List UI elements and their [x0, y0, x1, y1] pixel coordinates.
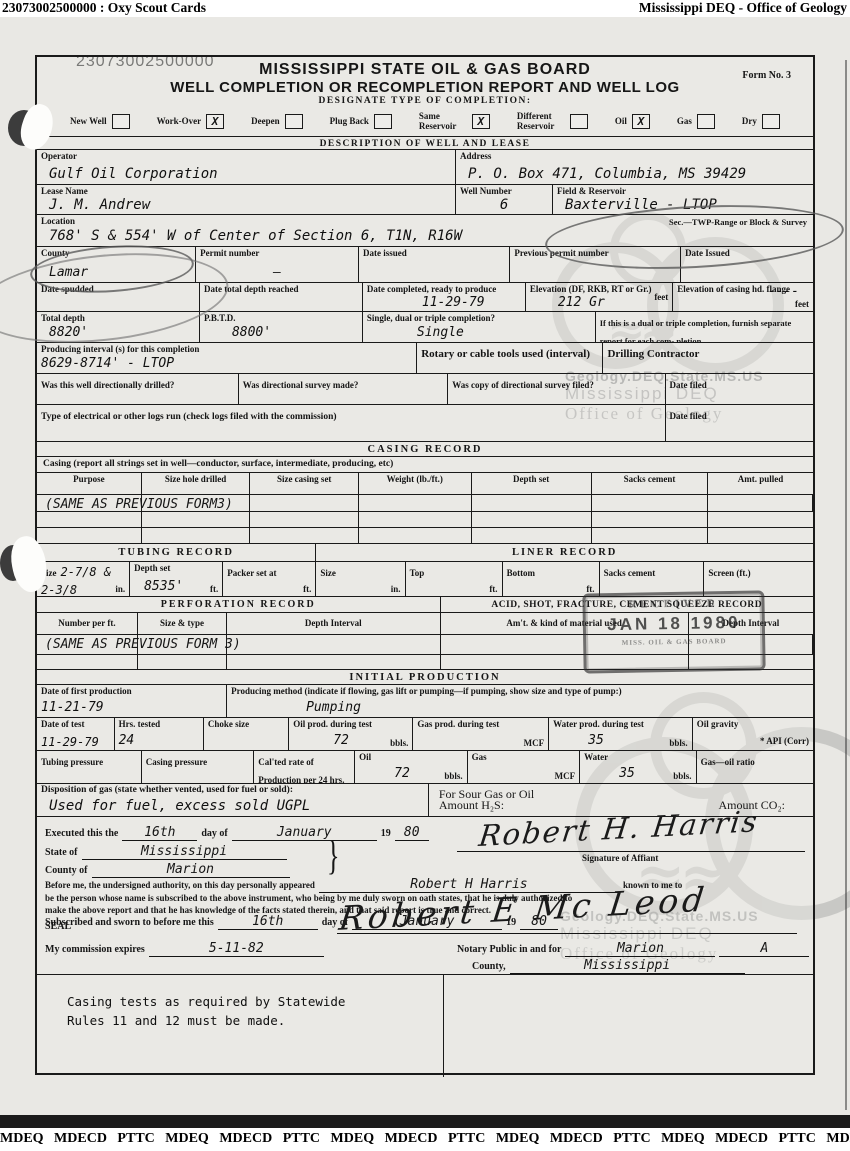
liner-record-title: LINER RECORD	[320, 547, 809, 558]
plugback-checkbox	[374, 114, 392, 129]
gas-oil-ratio-field: Gas—oil ratio	[697, 751, 813, 783]
date-spudded-field: Date spudded	[37, 283, 200, 311]
casing-h-holesize: Size hole drilled	[165, 474, 227, 485]
workover-checkbox: X	[206, 114, 224, 129]
notary-for-value: Marion	[565, 941, 715, 957]
seal-label: SEAL	[45, 920, 71, 933]
execution-block: Executed this the 16th day of January 19…	[37, 817, 813, 975]
liner-top-field: Top ft.	[406, 562, 503, 596]
amount-h2s-label: Amount H₂S:	[439, 798, 504, 813]
well-number-field: Well Number 6	[456, 185, 553, 214]
executed-label: Executed this the	[45, 828, 118, 839]
signature-line	[457, 851, 805, 852]
drilling-contractor-field: Drilling Contractor	[603, 343, 813, 373]
signature-of-affiant-label: Signature of Affiant	[582, 853, 658, 865]
differentreservoir-checkbox	[570, 114, 588, 129]
scan-header-right: Mississippi DEQ - Office of Geology	[639, 0, 847, 16]
brace: }	[327, 832, 339, 880]
casing-h-pulled: Amt. pulled	[738, 474, 784, 485]
form-title-line1: MISSISSIPPI STATE OIL & GAS BOARD	[37, 57, 813, 79]
total-depth-field: Total depth 8820'	[37, 312, 200, 342]
logs-run-field: Type of electrical or other logs run (ch…	[37, 405, 666, 441]
deepen-checkbox	[285, 114, 303, 129]
notary-county-value: Mississippi	[510, 958, 745, 974]
newwell-checkbox	[112, 114, 130, 129]
notary-signature-line	[337, 933, 797, 934]
casing-record-title: CASING RECORD	[37, 442, 813, 456]
executed-month: January	[232, 825, 377, 841]
elevation-casing-field: Elevation of casing hd. flange ---- feet	[673, 283, 813, 311]
subscribed-day: 16th	[218, 914, 318, 930]
date-filed-field: Date filed	[666, 374, 813, 404]
oil-checkbox: X	[632, 114, 650, 129]
producing-method-field: Producing method (indicate if flowing, g…	[227, 685, 813, 717]
tubing-depth-set-field: Depth set 8535' ft.	[130, 562, 223, 596]
liner-bottom-field: Bottom ft.	[503, 562, 600, 596]
county-field: County Lamar	[37, 247, 196, 282]
casing-row-1: (SAME AS PREVIOUS FORM3)	[37, 495, 813, 512]
previous-permit-field: Previous permit number	[510, 247, 681, 282]
received-stamp: RECEIVED JAN 18 1980 MISS. OIL & GAS BOA…	[582, 590, 765, 673]
date-td-reached-field: Date total depth reached	[200, 283, 363, 311]
first-production-field: Date of first production 11-21-79	[37, 685, 227, 717]
samereservoir-checkbox: X	[472, 114, 490, 129]
hrs-tested-field: Hrs. tested 24	[115, 718, 204, 750]
completion-question-field: Single, dual or triple completion? Singl…	[363, 312, 596, 342]
address-field: Address P. O. Box 471, Columbia, MS 3942…	[456, 150, 813, 184]
perf-h-interval: Depth Interval	[305, 618, 362, 629]
casing-h-depthset: Depth set	[513, 474, 549, 485]
perf-h-number: Number per ft.	[58, 618, 115, 629]
calc-rate-field: Cal'ted rate of Production per 24 hrs.	[254, 751, 355, 783]
state-of-value: Mississippi	[82, 844, 287, 860]
form-border-box: MISSISSIPPI STATE OIL & GAS BOARD WELL C…	[35, 55, 815, 1075]
casing-h-weight: Weight (lb./ft.)	[387, 474, 443, 485]
completion-type-row: New Well Work-OverX Deepen Plug Back Sam…	[37, 107, 813, 137]
gas-checkbox	[697, 114, 715, 129]
casing-row-2	[37, 512, 813, 528]
executed-year: 80	[395, 825, 429, 841]
notary-county-label: County,	[472, 961, 506, 972]
rotary-cable-field: Rotary or cable tools used (interval)	[417, 343, 603, 373]
designate-label: DESIGNATE TYPE OF COMPLETION:	[318, 96, 531, 106]
location-field: Location Sec.—TWP-Range or Block & Surve…	[37, 215, 813, 246]
perf-same-as-previous: (SAME AS PREVIOUS FORM 3)	[45, 637, 241, 652]
date-issued2-field: Date Issued	[681, 247, 813, 282]
footer-strip: MDEQ MDECD PTTC MDEQ MDECD PTTC MDEQ MDE…	[0, 1128, 850, 1151]
before-me-text: Before me, the undersigned authority, on…	[45, 880, 315, 890]
dry-label: Dry	[742, 117, 757, 126]
casing-note: Casing (report all strings set in well—c…	[37, 457, 393, 472]
initial-production-title: INITIAL PRODUCTION	[37, 670, 813, 684]
casing-pressure-field: Casing pressure	[142, 751, 255, 783]
gas-label: Gas	[677, 117, 692, 126]
tubing-pressure-field: Tubing pressure	[37, 751, 142, 783]
liner-size-field: Size in.	[316, 562, 405, 596]
empty-note-cell	[444, 975, 813, 1077]
date-issued-field: Date issued	[359, 247, 510, 282]
workover-label: Work-Over	[157, 117, 202, 126]
scan-header: 23073002500000 : Oxy Scout Cards Mississ…	[0, 0, 850, 17]
scan-black-band	[0, 1115, 850, 1128]
deepen-label: Deepen	[251, 117, 280, 126]
directionally-drilled-field: Was this well directionally drilled?	[37, 374, 239, 404]
description-section-bar: DESCRIPTION OF WELL AND LEASE	[37, 137, 813, 149]
logs-date-filed-field: Date filed	[666, 405, 813, 441]
commission-label: My commission expires	[45, 944, 145, 955]
sec-twp-range-label: Sec.—TWP-Range or Block & Survey	[669, 217, 807, 227]
water-24-field: Water 35 bbls.	[580, 751, 696, 783]
field-reservoir-field: Field & Reservoir Baxterville - LTOP	[553, 185, 813, 214]
elevation-field: Elevation (DF, RKB, RT or Gr.) 212 Gr fe…	[526, 283, 673, 311]
oil-24-field: Oil 72 bbls.	[355, 751, 468, 783]
lease-name-field: Lease Name J. M. Andrew	[37, 185, 456, 214]
date-of-test-field: Date of test 11-29-79	[37, 718, 115, 750]
casing-h-purpose: Purpose	[73, 474, 105, 485]
state-of-label: State of	[45, 847, 78, 858]
water-prod-test-field: Water prod. during test 35 bbls.	[549, 718, 693, 750]
plugback-label: Plug Back	[330, 117, 369, 126]
newwell-label: New Well	[70, 117, 107, 126]
dual-completion-note: If this is a dual or triple completion, …	[596, 312, 813, 342]
choke-size-field: Choke size	[204, 718, 289, 750]
permit-number-field: Permit number –	[196, 247, 359, 282]
tubing-record-title: TUBING RECORD	[41, 547, 311, 558]
scanned-well-completion-report: { "scan_header": { "left": "230730025000…	[0, 0, 850, 1151]
gas-24-field: Gas MCF	[468, 751, 581, 783]
notary-for-extra: A	[719, 941, 809, 957]
tubing-size-field: Size 2-7/8 & 2-3/8 in.	[37, 562, 130, 596]
scan-header-left: 23073002500000 : Oxy Scout Cards	[2, 0, 206, 16]
packer-set-field: Packer set at ft.	[223, 562, 316, 596]
dry-checkbox	[762, 114, 780, 129]
operator-field: Operator Gulf Oil Corporation	[37, 150, 456, 184]
samereservoir-label: Same Reservoir	[419, 112, 467, 131]
notary-for-label: Notary Public in and for	[457, 944, 561, 955]
commission-date: 5-11-82	[149, 941, 324, 957]
oil-prod-test-field: Oil prod. during test 72 bbls.	[289, 718, 413, 750]
perforation-record-title: PERFORATION RECORD	[41, 599, 436, 610]
differentreservoir-label: Different Reservoir	[517, 112, 565, 131]
form-number: Form No. 3	[742, 70, 791, 81]
casing-row-3	[37, 528, 813, 544]
casing-h-sacks: Sacks cement	[624, 474, 676, 485]
oil-gravity-field: Oil gravity * API (Corr)	[693, 718, 813, 750]
form-title-line2: WELL COMPLETION OR RECOMPLETION REPORT A…	[37, 79, 813, 96]
casing-tests-note-cell: Casing tests as required by Statewide Ru…	[37, 975, 444, 1077]
pbtd-field: P.B.T.D. 8800'	[200, 312, 363, 342]
casing-h-casingset: Size casing set	[277, 474, 332, 485]
perf-h-sizetype: Size & type	[160, 618, 204, 629]
casing-same-as-previous: (SAME AS PREVIOUS FORM3)	[45, 497, 233, 512]
directional-survey-field: Was directional survey made?	[239, 374, 449, 404]
casing-tests-note: Casing tests as required by Statewide Ru…	[41, 976, 367, 1031]
producing-interval-field: Producing interval (s) for this completi…	[37, 343, 417, 373]
executed-day: 16th	[122, 825, 197, 841]
oil-label: Oil	[615, 117, 627, 126]
scan-edge-line	[845, 60, 847, 1110]
gas-disposition-field: Disposition of gas (state whether vented…	[37, 784, 429, 816]
date-completed-field: Date completed, ready to produce 11-29-7…	[363, 283, 526, 311]
gas-prod-test-field: Gas prod. during test MCF	[413, 718, 549, 750]
survey-copy-filed-field: Was copy of directional survey filed?	[448, 374, 665, 404]
